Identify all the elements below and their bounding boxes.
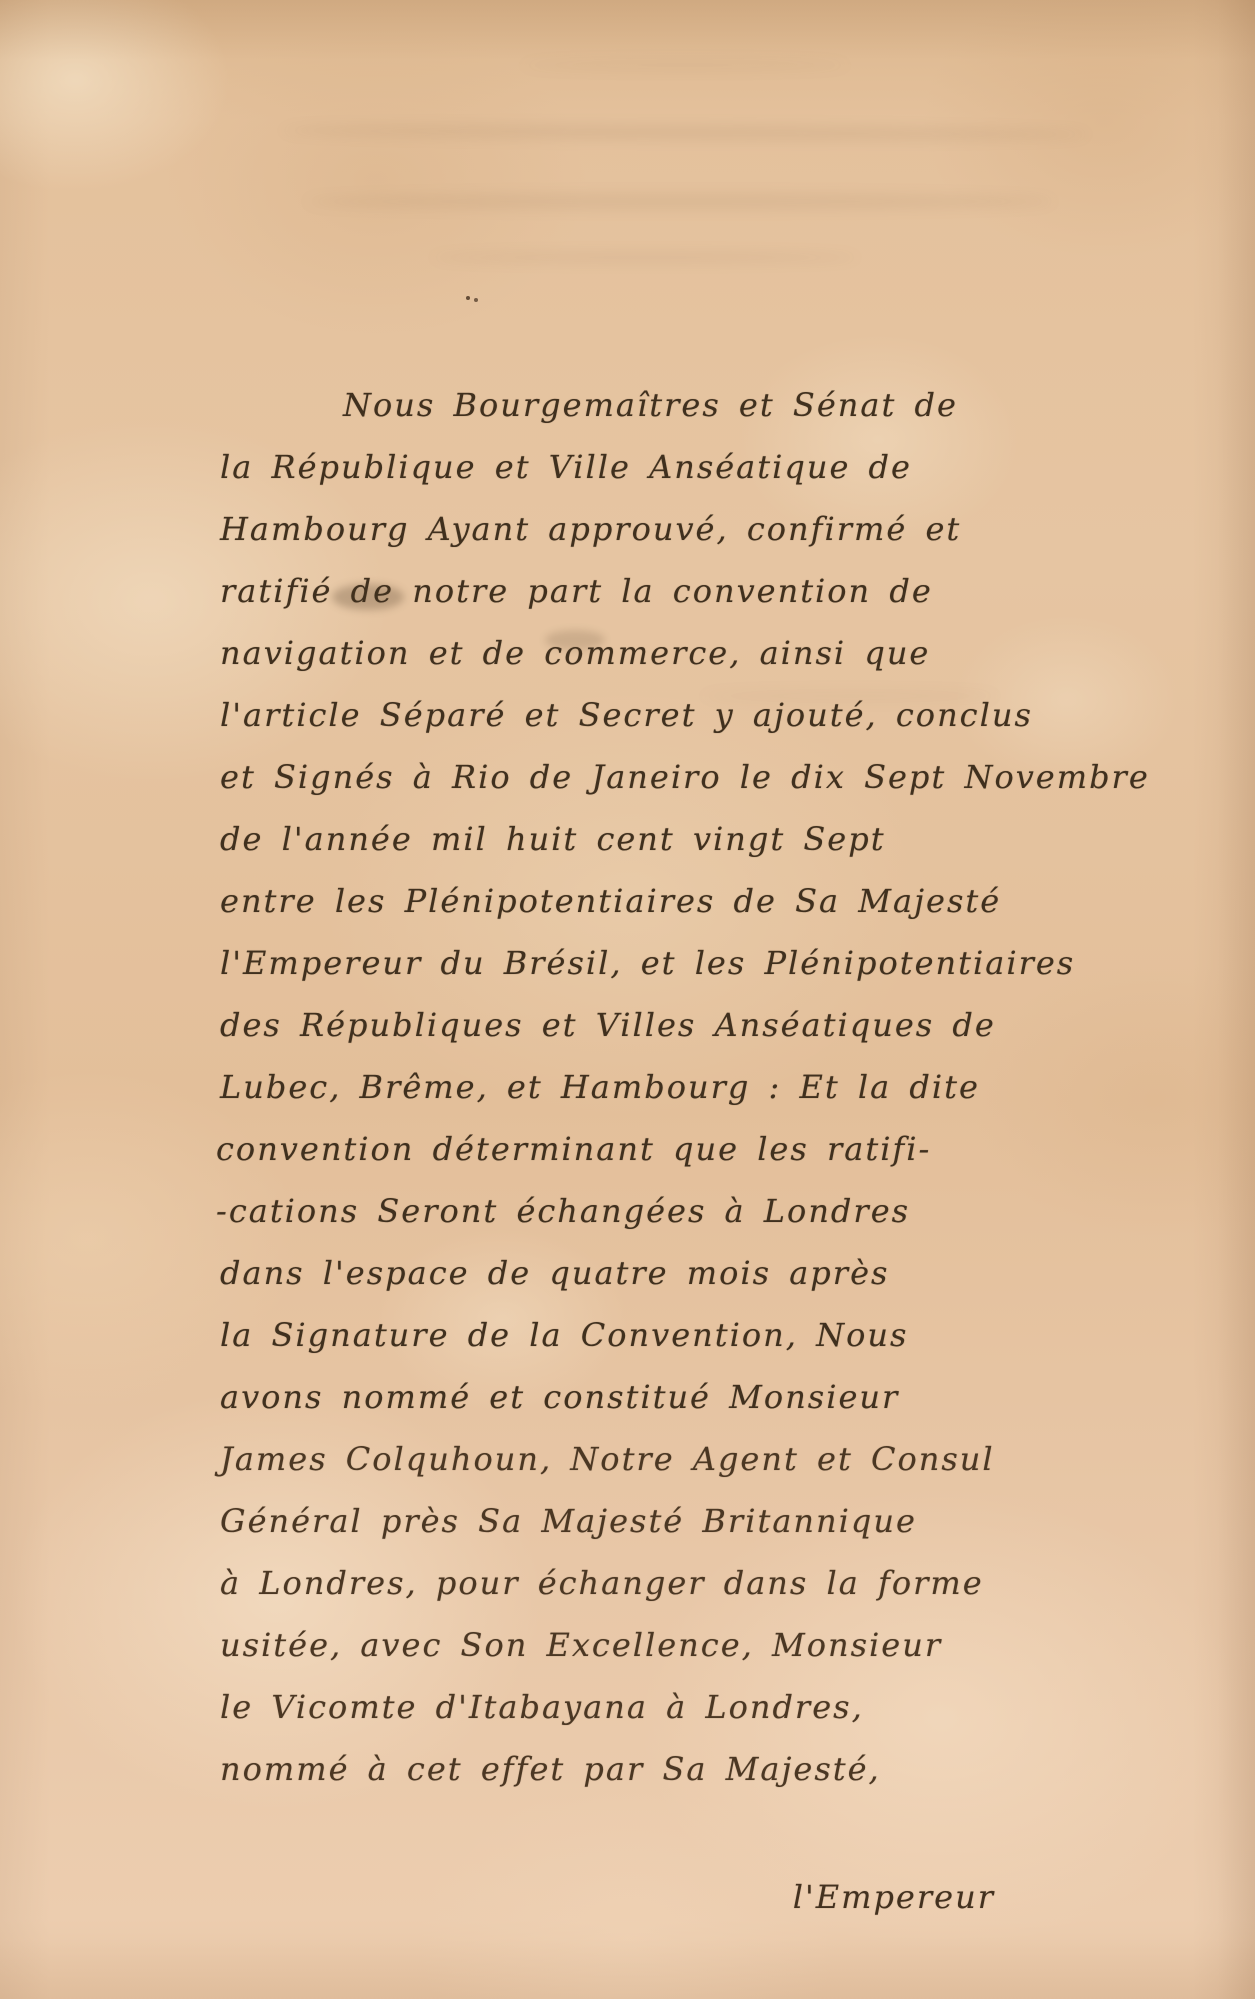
manuscript-line: la République et Ville Anséatique de (220, 436, 1010, 498)
manuscript-page: Nous Bourgemaîtres et Sénat de la Républ… (0, 0, 1255, 1999)
manuscript-line: James Colquhoun, Notre Agent et Consul (220, 1428, 1010, 1490)
manuscript-line: Lubec, Brême, et Hambourg : Et la dite (220, 1056, 1010, 1118)
bleed-through-streak (520, 60, 850, 70)
manuscript-line: à Londres, pour échanger dans la forme (220, 1552, 1010, 1614)
manuscript-line: convention déterminant que les ratifi- (216, 1118, 1010, 1180)
manuscript-line: Nous Bourgemaîtres et Sénat de (220, 374, 1010, 436)
manuscript-line: l'Empereur du Brésil, et les Plénipotent… (220, 932, 1010, 994)
manuscript-line: ratifié de notre part la convention de (220, 560, 1010, 622)
manuscript-line: le Vicomte d'Itabayana à Londres, (220, 1676, 1010, 1738)
ink-dots-mark (466, 296, 470, 300)
manuscript-line: la Signature de la Convention, Nous (220, 1304, 1010, 1366)
manuscript-line: avons nommé et constitué Monsieur (220, 1366, 1010, 1428)
catchword: l'Empereur (700, 1866, 995, 1928)
manuscript-text: Nous Bourgemaîtres et Sénat de la Républ… (220, 374, 1010, 1800)
manuscript-line: des Républiques et Villes Anséatiques de (220, 994, 1010, 1056)
bleed-through-streak (280, 124, 1090, 141)
manuscript-line: Hambourg Ayant approuvé, confirmé et (220, 498, 1010, 560)
bleed-through-streak (430, 252, 860, 263)
manuscript-line: et Signés à Rio de Janeiro le dix Sept N… (220, 746, 1010, 808)
manuscript-line: entre les Plénipotentiaires de Sa Majest… (220, 870, 1010, 932)
manuscript-line: -cations Seront échangées à Londres (216, 1180, 1010, 1242)
manuscript-line: Général près Sa Majesté Britannique (220, 1490, 1010, 1552)
manuscript-line: nommé à cet effet par Sa Majesté, (220, 1738, 1010, 1800)
manuscript-line: navigation et de commerce, ainsi que (220, 622, 1010, 684)
manuscript-line: l'article Séparé et Secret y ajouté, con… (220, 684, 1010, 746)
manuscript-line: usitée, avec Son Excellence, Monsieur (220, 1614, 1010, 1676)
manuscript-line: de l'année mil huit cent vingt Sept (220, 808, 1010, 870)
manuscript-line: dans l'espace de quatre mois après (220, 1242, 1010, 1304)
bleed-through-streak (305, 194, 1055, 209)
